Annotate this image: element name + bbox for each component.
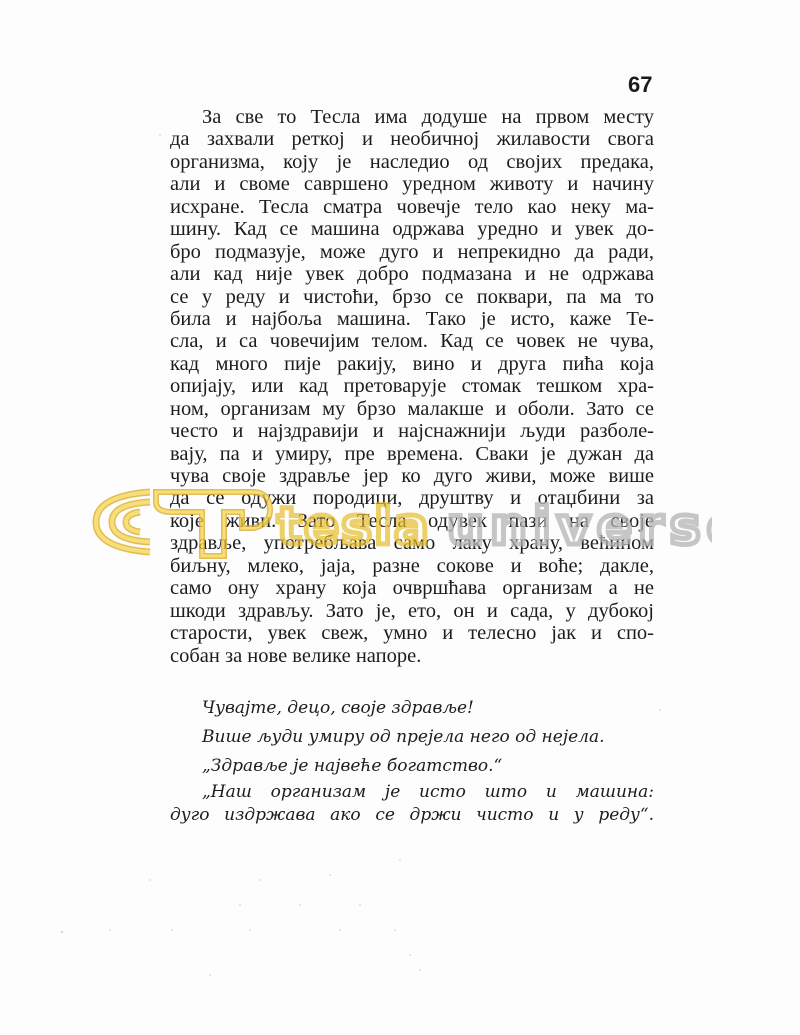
maxim-line: „Наш организам је исто што и машина: (170, 781, 654, 804)
text-line: шину. Кад се машина одржава уредно и уве… (170, 218, 654, 240)
text-line: сла, и са човечијим телом. Кад се човек … (170, 330, 654, 352)
book-page: 67 За све то Тесла има додуше на првом м… (0, 0, 800, 1035)
text-line: биљну, млеко, јаја, разне сокове и воће;… (170, 555, 654, 577)
text-line: кад много пије ракију, вино и друга пића… (170, 353, 654, 375)
maxim-line: дуго издржава ако се држи чисто и у реду… (170, 804, 654, 827)
text-line: опијају, или кад претоварује стомак тешк… (170, 375, 654, 397)
text-line: се у реду и чистоћи, брзо се поквари, па… (170, 286, 654, 308)
text-line: била и најбоља машина. Тако је исто, каж… (170, 308, 654, 330)
text-line: да се одужи породици, друштву и отаџбини… (170, 487, 654, 509)
text-line: али и своме савршено уредном животу и на… (170, 173, 654, 195)
maxim-line: Више људи умиру од прејела него од нејел… (170, 723, 654, 752)
text-line: старости, увек свеж, умно и телесно јак … (170, 622, 654, 644)
text-line: да захвали реткој и необичној жилавости … (170, 128, 654, 150)
text-line: само ону храну која очвршћава организам … (170, 577, 654, 599)
body-paragraph: За све то Тесла има додуше на првом мест… (170, 106, 654, 667)
text-line: организма, коју је наследио од својих пр… (170, 151, 654, 173)
text-line: За све то Тесла има додуше на првом мест… (170, 106, 654, 128)
text-line: бро подмазује, може дуго и непрекидно да… (170, 241, 654, 263)
text-line: шкоди здрављу. Зато је, ето, он и сада, … (170, 600, 654, 622)
italic-maxims: Чувајте, децо, своје здравље! Више људи … (170, 694, 654, 827)
text-line: често и најздравији и најснажнији људи р… (170, 420, 654, 442)
text-line: чува своје здравље јер ко дуго живи, мож… (170, 465, 654, 487)
text-line: али кад није увек добро подмазана и не о… (170, 263, 654, 285)
text-line: исхране. Тесла сматра човечје тело као н… (170, 196, 654, 218)
page-number: 67 (628, 72, 652, 98)
text-line: собан за нове велике напоре. (170, 645, 654, 667)
maxim-line: Чувајте, децо, своје здравље! (170, 694, 654, 723)
text-line: вају, па и умиру, пре времена. Сваки је … (170, 443, 654, 465)
text-line: које живи. Зато Тесла одувек пази на сво… (170, 510, 654, 532)
text-line: здравље, употребљава само лаку храну, ве… (170, 532, 654, 554)
maxim-line: „Здравље је највеће богатство.“ (170, 752, 654, 781)
text-line: ном, организам му брзо малакше и оболи. … (170, 398, 654, 420)
